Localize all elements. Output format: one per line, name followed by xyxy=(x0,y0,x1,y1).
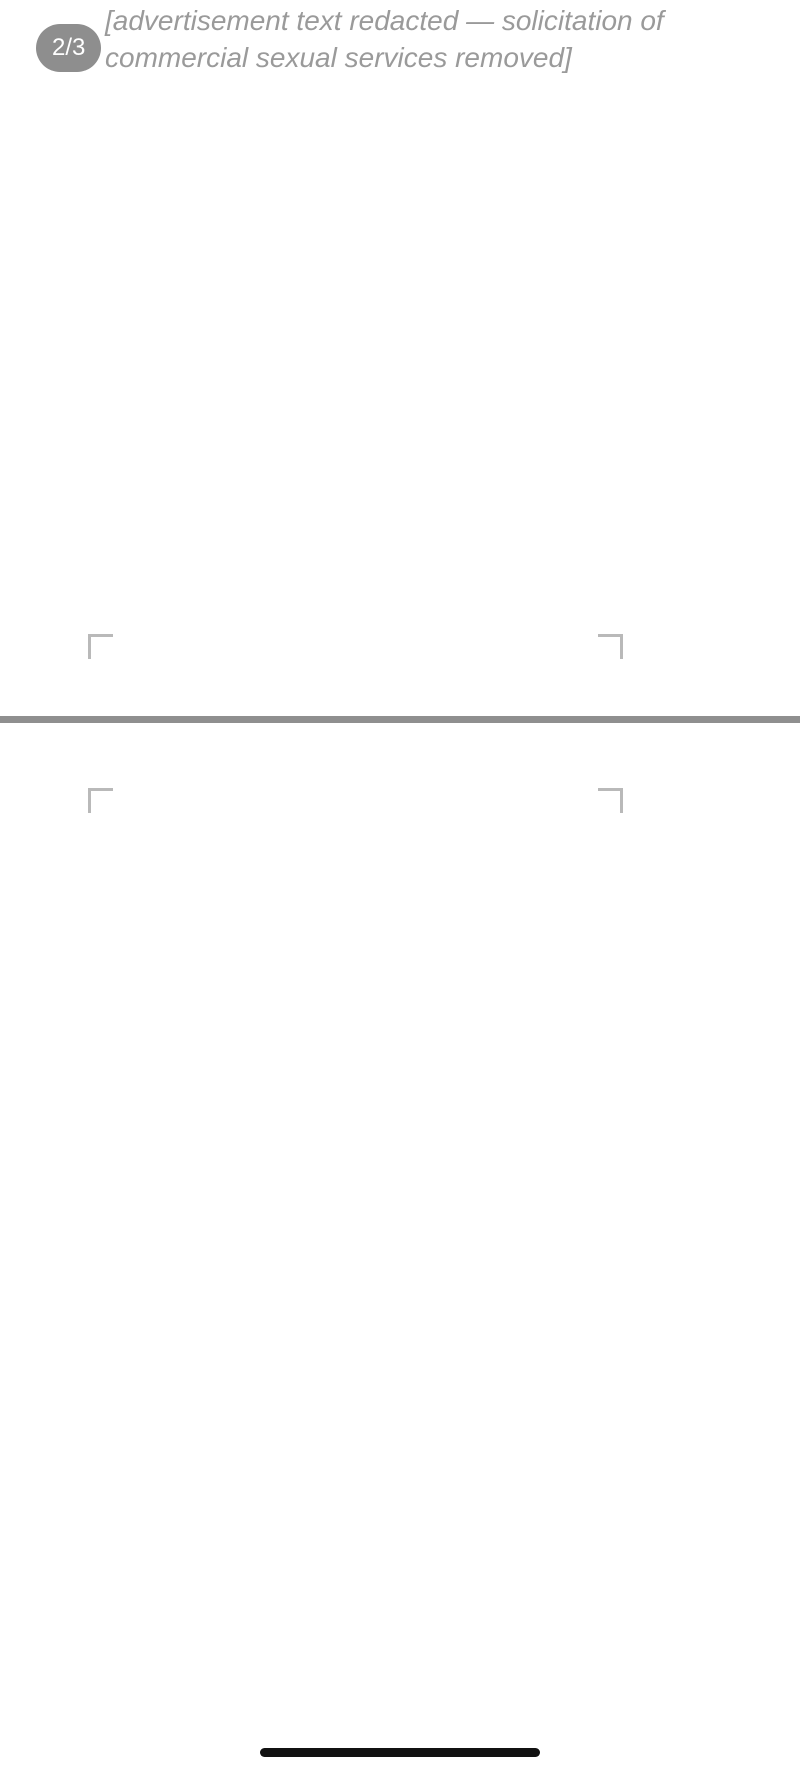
page-divider xyxy=(0,716,800,723)
document-body-text: [advertisement text redacted — solicitat… xyxy=(105,2,710,76)
crop-corner-bottom-right xyxy=(598,788,623,813)
crop-corner-top-right xyxy=(598,634,623,659)
page-indicator-badge: 2/3 xyxy=(36,24,101,72)
crop-corner-bottom-left xyxy=(88,788,113,813)
home-indicator-bar xyxy=(260,1748,540,1757)
crop-corner-top-left xyxy=(88,634,113,659)
